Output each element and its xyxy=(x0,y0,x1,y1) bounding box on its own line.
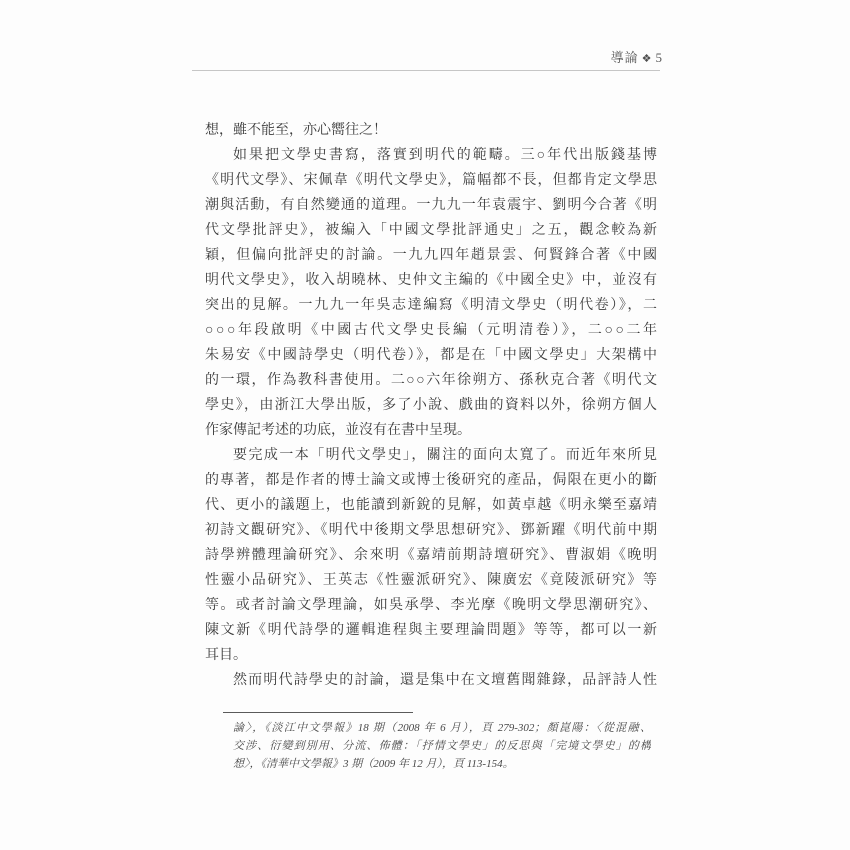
running-head-section-title: 導論 xyxy=(611,50,639,65)
footnote: 論〉，《淡江中文學報》18 期（2008 年 6 月），頁 279-302；顏崑… xyxy=(233,719,651,773)
body-text-line: 明代文學史》，收入胡曉林、史仲文主編的《中國全史》中，並沒有 xyxy=(205,268,657,293)
footnote-line: 交涉、衍變到別用、分流、佈體：「抒情文學史」的反思與「完境文學史」的構 xyxy=(233,737,651,755)
footnote-line: 論〉，《淡江中文學報》18 期（2008 年 6 月），頁 279-302；顏崑… xyxy=(233,719,651,737)
body-text-line: 朱易安《中國詩學史（明代卷）》，都是在「中國文學史」大架構中 xyxy=(205,343,657,368)
body-text-line: 詩學辨體理論研究》、余來明《嘉靖前期詩壇研究》、曹淑娟《晚明 xyxy=(205,543,657,568)
body-text-line: 穎，但偏向批評史的討論。一九九四年趙景雲、何賢鋒合著《中國 xyxy=(205,243,657,268)
body-text-line: 突出的見解。一九九一年吳志達編寫《明清文學史（明代卷）》，二 xyxy=(205,293,657,318)
body-text-line: 性靈小品研究》、王英志《性靈派研究》、陳廣宏《竟陵派研究》等 xyxy=(205,568,657,593)
body-text-line: 等。或者討論文學理論，如吳承學、李光摩《晚明文學思潮研究》、 xyxy=(205,593,657,618)
body-text-line: 學史》，由浙江大學出版，多了小說、戲曲的資料以外，徐朔方個人 xyxy=(205,393,657,418)
body-text-line: 要完成一本「明代文學史」，關注的面向太寬了。而近年來所見 xyxy=(205,443,657,468)
body-text-line: 想，雖不能至，亦心嚮往之！ xyxy=(205,118,657,143)
body-text: 想，雖不能至，亦心嚮往之！如果把文學史書寫，落實到明代的範疇。三○年代出版錢基博… xyxy=(205,118,657,693)
diamond-icon: ❖ xyxy=(642,50,653,68)
body-text-line: 耳目。 xyxy=(205,643,657,668)
body-text-line: 《明代文學》、宋佩韋《明代文學史》，篇幅都不長，但都肯定文學思 xyxy=(205,168,657,193)
body-text-line: ○○○年段啟明《中國古代文學史長編（元明清卷）》，二○○二年 xyxy=(205,318,657,343)
page-number: 5 xyxy=(656,50,664,65)
body-text-line: 潮與活動，有自然變通的道理。一九九一年袁震宇、劉明今合著《明 xyxy=(205,193,657,218)
footnote-line: 想〉，《清華中文學報》3 期（2009 年 12 月），頁 113-154。 xyxy=(233,755,651,773)
body-text-line: 然而明代詩學史的討論，還是集中在文壇舊聞雜錄，品評詩人性 xyxy=(205,668,657,693)
body-text-line: 代文學批評史》，被編入「中國文學批評通史」之五，觀念較為新 xyxy=(205,218,657,243)
body-text-line: 陳文新《明代詩學的邏輯進程與主要理論問題》等等，都可以一新 xyxy=(205,618,657,643)
book-page: 導論❖5 想，雖不能至，亦心嚮往之！如果把文學史書寫，落實到明代的範疇。三○年代… xyxy=(0,0,850,850)
body-text-line: 代、更小的議題上，也能讀到新銳的見解，如黃卓越《明永樂至嘉靖 xyxy=(205,493,657,518)
body-text-line: 作家傳記考述的功底，並沒有在書中呈現。 xyxy=(205,418,657,443)
body-text-line: 的專著，都是作者的博士論文或博士後研究的產品，侷限在更小的斷 xyxy=(205,468,657,493)
body-text-line: 初詩文觀研究》、《明代中後期文學思想研究》、鄧新躍《明代前中期 xyxy=(205,518,657,543)
body-text-line: 的一環，作為教科書使用。二○○六年徐朔方、孫秋克合著《明代文 xyxy=(205,368,657,393)
body-text-line: 如果把文學史書寫，落實到明代的範疇。三○年代出版錢基博 xyxy=(205,143,657,168)
running-head: 導論❖5 xyxy=(190,49,663,68)
header-rule xyxy=(192,70,660,71)
footnote-separator-rule xyxy=(223,712,413,713)
